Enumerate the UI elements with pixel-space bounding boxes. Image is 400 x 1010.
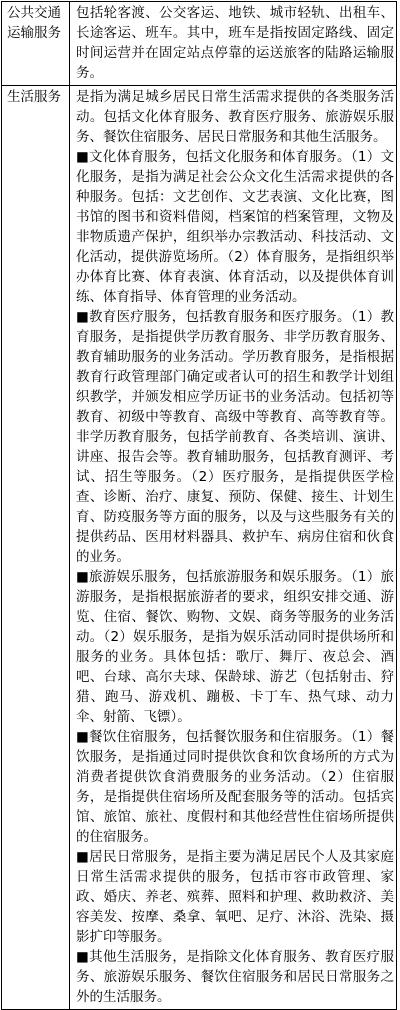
term-text: 公共交通运输服务 [7, 5, 61, 41]
definition-paragraph: ■文化体育服务，包括文化服务和体育服务。（1）文化服务，是指为满足社会公众文化生… [76, 147, 394, 307]
term-cell: 公共交通运输服务 [2, 2, 70, 86]
definition-paragraph: ■居民日常服务，是指主要为满足居民个人及其家庭日常生活需求提供的服务，包括市容市… [76, 847, 394, 947]
definition-cell: 包括轮客渡、公交客运、地铁、城市轻轨、出租车、长途客运、班车。其中，班车是指按固… [70, 2, 397, 86]
definition-paragraph: ■教育医疗服务，包括教育服务和医疗服务。（1）教育服务，是指提供学历教育服务、非… [76, 307, 394, 567]
definition-cell: 是指为满足城乡居民日常生活需求提供的各类服务活动。包括文化体育服务、教育医疗服务… [70, 86, 397, 1010]
definition-paragraph: ■其他生活服务，是指除文化体育服务、教育医疗服务、旅游娱乐服务、餐饮住宿服务和居… [76, 947, 394, 1007]
definition-paragraph: 包括轮客渡、公交客运、地铁、城市轻轨、出租车、长途客运、班车。其中，班车是指按固… [76, 3, 394, 83]
table-row: 公共交通运输服务 包括轮客渡、公交客运、地铁、城市轻轨、出租车、长途客运、班车。… [2, 2, 397, 86]
term-text: 生活服务 [7, 89, 61, 105]
definition-paragraph: ■餐饮住宿服务，包括餐饮服务和住宿服务。（1）餐饮服务，是指通过同时提供饮食和饮… [76, 727, 394, 847]
definition-paragraph: 是指为满足城乡居民日常生活需求提供的各类服务活动。包括文化体育服务、教育医疗服务… [76, 87, 394, 147]
table-row: 生活服务 是指为满足城乡居民日常生活需求提供的各类服务活动。包括文化体育服务、教… [2, 86, 397, 1010]
term-cell: 生活服务 [2, 86, 70, 1010]
service-category-table: 公共交通运输服务 包括轮客渡、公交客运、地铁、城市轻轨、出租车、长途客运、班车。… [1, 1, 397, 1010]
definition-paragraph: ■旅游娱乐服务，包括旅游服务和娱乐服务。（1）旅游服务，是指根据旅游者的要求，组… [76, 567, 394, 727]
